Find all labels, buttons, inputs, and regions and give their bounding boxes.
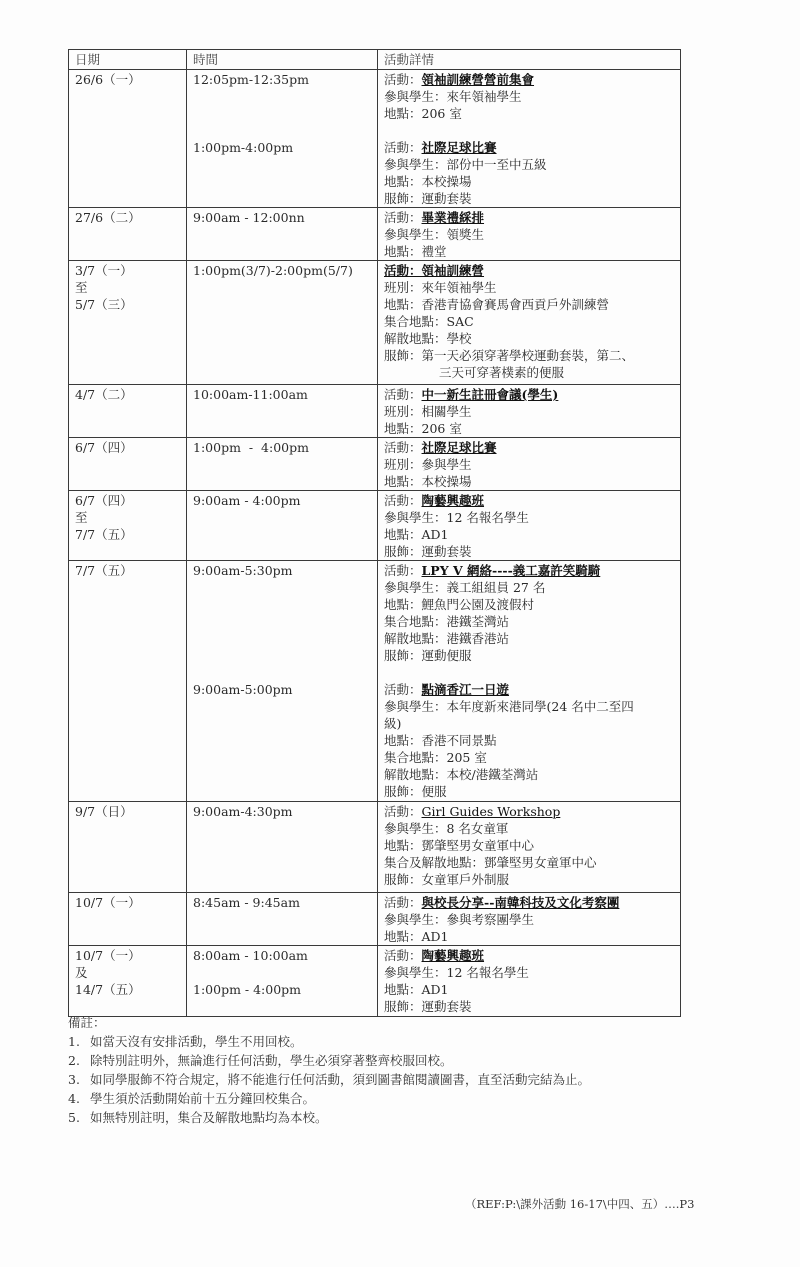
details-cell: 活動：中一新生註冊會議(學生) 班別：相關學生 地點：206 室 <box>378 385 681 438</box>
time-text: 8:00am - 10:00am <box>193 947 371 964</box>
activity-line: 活動：社際足球比賽 <box>384 139 674 156</box>
activity-line: 活動：陶藝興趣班 <box>384 947 674 964</box>
date-text: 6/7（四） <box>75 439 180 456</box>
table-row: 7/7（五） 9:00am-5:30pm 9:00am-5:00pm 活動：LP… <box>69 561 681 802</box>
details-cell: 活動：LPY V 網絡----義工嘉許笑騎騎 參與學生：義工組組員 27 名 地… <box>378 561 681 802</box>
date-cell: 6/7（四） 至 7/7（五） <box>69 491 187 561</box>
table-row: 10/7（一） 8:45am - 9:45am 活動：與校長分享--南韓科技及文… <box>69 893 681 946</box>
remarks-title: 備註： <box>68 1013 590 1032</box>
detail-line: 地點：AD1 <box>384 981 674 998</box>
remark-item: 5.如無特別註明，集合及解散地點均為本校。 <box>68 1108 590 1127</box>
detail-line: 參與學生：8 名女童軍 <box>384 820 674 837</box>
header-details: 活動詳情 <box>378 50 681 70</box>
activity-line: 活動：社際足球比賽 <box>384 439 674 456</box>
date-text: 10/7（一） <box>75 894 180 911</box>
header-date: 日期 <box>69 50 187 70</box>
activity-title: 與校長分享--南韓科技及文化考察團 <box>422 895 620 910</box>
date-text: 及 <box>75 964 180 981</box>
activity-line: 活動：點滴香江一日遊 <box>384 681 674 698</box>
details-cell: 活動：與校長分享--南韓科技及文化考察團 參與學生：參與考察團學生 地點：AD1 <box>378 893 681 946</box>
table-row: 26/6（一） 12:05pm-12:35pm 1:00pm-4:00pm 活動… <box>69 70 681 208</box>
date-text: 9/7（日） <box>75 803 180 820</box>
time-text: 9:00am-4:30pm <box>193 803 371 820</box>
date-text: 3/7（一） <box>75 262 180 279</box>
footer-reference: （REF:P:\課外活動 16-17\中四、五）….P3 <box>465 1196 694 1212</box>
detail-line: 服飾：第一天必須穿著學校運動套裝，第二、 <box>384 347 674 364</box>
date-text: 26/6（一） <box>75 71 180 88</box>
detail-line: 服飾：便服 <box>384 783 674 800</box>
date-text: 至 <box>75 509 180 526</box>
time-cell: 10:00am-11:00am <box>187 385 378 438</box>
detail-line: 參與學生：部份中一至中五級 <box>384 156 674 173</box>
time-cell: 9:00am - 4:00pm <box>187 491 378 561</box>
time-cell: 9:00am-5:30pm 9:00am-5:00pm <box>187 561 378 802</box>
detail-line: 地點：鯉魚門公園及渡假村 <box>384 596 674 613</box>
activity-line: 活動：陶藝興趣班 <box>384 492 674 509</box>
detail-line: 地點：AD1 <box>384 928 674 945</box>
remark-item: 2.除特別註明外，無論進行任何活動，學生必須穿著整齊校服回校。 <box>68 1051 590 1070</box>
date-text: 4/7（二） <box>75 386 180 403</box>
detail-line: 地點：禮堂 <box>384 243 674 260</box>
document-page: 日期 時間 活動詳情 26/6（一） 12:05pm-12:35pm 1:00p… <box>0 0 800 1267</box>
time-cell: 1:00pm(3/7)-2:00pm(5/7) <box>187 261 378 385</box>
time-text: 9:00am - 12:00nn <box>193 209 371 226</box>
time-text: 1:00pm - 4:00pm <box>193 981 371 998</box>
time-text: 12:05pm-12:35pm <box>193 71 371 88</box>
detail-line: 服飾：運動便服 <box>384 647 674 664</box>
table-row: 4/7（二） 10:00am-11:00am 活動：中一新生註冊會議(學生) 班… <box>69 385 681 438</box>
table-header-row: 日期 時間 活動詳情 <box>69 50 681 70</box>
time-text: 8:45am - 9:45am <box>193 894 371 911</box>
date-text: 7/7（五） <box>75 526 180 543</box>
detail-continuation: 三天可穿著樸素的便服 <box>384 364 674 381</box>
detail-line: 參與學生：本年度新來港同學(24 名中二至四 <box>384 698 674 715</box>
activity-title: 中一新生註冊會議(學生) <box>422 387 559 402</box>
activity-title: 畢業禮綵排 <box>422 210 485 225</box>
details-cell: 活動：Girl Guides Workshop 參與學生：8 名女童軍 地點：鄧… <box>378 802 681 893</box>
time-text: 1:00pm - 4:00pm <box>193 439 371 456</box>
date-text: 27/6（二） <box>75 209 180 226</box>
detail-line: 集合及解散地點：鄧肇堅男女童軍中心 <box>384 854 674 871</box>
date-cell: 4/7（二） <box>69 385 187 438</box>
table-row: 9/7（日） 9:00am-4:30pm 活動：Girl Guides Work… <box>69 802 681 893</box>
activity-title: 陶藝興趣班 <box>422 493 485 508</box>
detail-line: 集合地點：SAC <box>384 313 674 330</box>
time-text: 1:00pm(3/7)-2:00pm(5/7) <box>193 262 371 279</box>
table-row: 10/7（一） 及 14/7（五） 8:00am - 10:00am 1:00p… <box>69 946 681 1017</box>
time-text: 1:00pm-4:00pm <box>193 139 371 156</box>
time-cell: 1:00pm - 4:00pm <box>187 438 378 491</box>
detail-line: 地點：香港不同景點 <box>384 732 674 749</box>
detail-line: 地點：206 室 <box>384 105 674 122</box>
date-text: 7/7（五） <box>75 562 180 579</box>
detail-line: 服飾：運動套裝 <box>384 543 674 560</box>
date-text: 10/7（一） <box>75 947 180 964</box>
date-cell: 7/7（五） <box>69 561 187 802</box>
detail-line: 班別：相關學生 <box>384 403 674 420</box>
time-text: 9:00am - 4:00pm <box>193 492 371 509</box>
detail-line: 班別：參與學生 <box>384 456 674 473</box>
time-cell: 8:45am - 9:45am <box>187 893 378 946</box>
activity-schedule-table: 日期 時間 活動詳情 26/6（一） 12:05pm-12:35pm 1:00p… <box>68 49 681 1017</box>
date-cell: 27/6（二） <box>69 208 187 261</box>
activity-line: 活動：與校長分享--南韓科技及文化考察團 <box>384 894 674 911</box>
activity-title: 社際足球比賽 <box>422 140 497 155</box>
detail-line: 地點：鄧肇堅男女童軍中心 <box>384 837 674 854</box>
detail-line: 地點：香港青協會賽馬會西貢戶外訓練營 <box>384 296 674 313</box>
activity-line: 活動：中一新生註冊會議(學生) <box>384 386 674 403</box>
detail-line: 解散地點：學校 <box>384 330 674 347</box>
details-cell: 活動：領袖訓練營營前集會 參與學生：來年領袖學生 地點：206 室 活動：社際足… <box>378 70 681 208</box>
date-cell: 3/7（一） 至 5/7（三） <box>69 261 187 385</box>
activity-title: 社際足球比賽 <box>422 440 497 455</box>
activity-line: 活動：畢業禮綵排 <box>384 209 674 226</box>
remark-item: 4.學生須於活動開始前十五分鐘回校集合。 <box>68 1089 590 1108</box>
details-cell: 活動：陶藝興趣班 參與學生：12 名報名學生 地點：AD1 服飾：運動套裝 <box>378 946 681 1017</box>
detail-line: 解散地點：本校/港鐵荃灣站 <box>384 766 674 783</box>
detail-line: 班別：來年領袖學生 <box>384 279 674 296</box>
detail-line: 地點：206 室 <box>384 420 674 437</box>
detail-line: 參與學生：來年領袖學生 <box>384 88 674 105</box>
time-cell: 9:00am-4:30pm <box>187 802 378 893</box>
remark-item: 3.如同學服飾不符合規定，將不能進行任何活動，須到圖書館閱讀圖書，直至活動完結為… <box>68 1070 590 1089</box>
detail-line: 集合地點：港鐵荃灣站 <box>384 613 674 630</box>
detail-line: 參與學生：參與考察團學生 <box>384 911 674 928</box>
time-cell: 8:00am - 10:00am 1:00pm - 4:00pm <box>187 946 378 1017</box>
date-text: 5/7（三） <box>75 296 180 313</box>
time-text: 10:00am-11:00am <box>193 386 371 403</box>
activity-line: 活動：Girl Guides Workshop <box>384 803 674 820</box>
date-text: 至 <box>75 279 180 296</box>
activity-title: 陶藝興趣班 <box>422 948 485 963</box>
detail-line: 服飾：女童軍戶外制服 <box>384 871 674 888</box>
date-text: 6/7（四） <box>75 492 180 509</box>
date-text: 14/7（五） <box>75 981 180 998</box>
remarks-section: 備註： 1.如當天沒有安排活動，學生不用回校。 2.除特別註明外，無論進行任何活… <box>68 1013 590 1127</box>
date-cell: 6/7（四） <box>69 438 187 491</box>
table-row: 3/7（一） 至 5/7（三） 1:00pm(3/7)-2:00pm(5/7) … <box>69 261 681 385</box>
activity-title: 領袖訓練營營前集會 <box>422 72 535 87</box>
details-cell: 活動：陶藝興趣班 參與學生：12 名報名學生 地點：AD1 服飾：運動套裝 <box>378 491 681 561</box>
details-cell: 活動：畢業禮綵排 參與學生：領獎生 地點：禮堂 <box>378 208 681 261</box>
detail-line: 地點：AD1 <box>384 526 674 543</box>
detail-line: 集合地點：205 室 <box>384 749 674 766</box>
time-text: 9:00am-5:30pm <box>193 562 371 579</box>
details-cell: 活動：領袖訓練營 班別：來年領袖學生 地點：香港青協會賽馬會西貢戶外訓練營 集合… <box>378 261 681 385</box>
activity-title: 領袖訓練營 <box>422 263 485 278</box>
activity-title: Girl Guides Workshop <box>422 804 561 819</box>
time-cell: 9:00am - 12:00nn <box>187 208 378 261</box>
table-row: 27/6（二） 9:00am - 12:00nn 活動：畢業禮綵排 參與學生：領… <box>69 208 681 261</box>
activity-line: 活動：領袖訓練營 <box>384 262 674 279</box>
activity-title: 點滴香江一日遊 <box>422 682 510 697</box>
time-cell: 12:05pm-12:35pm 1:00pm-4:00pm <box>187 70 378 208</box>
time-text: 9:00am-5:00pm <box>193 681 371 698</box>
activity-line: 活動：領袖訓練營營前集會 <box>384 71 674 88</box>
detail-line: 地點：本校操場 <box>384 173 674 190</box>
detail-line: 參與學生：12 名報名學生 <box>384 509 674 526</box>
detail-line: 服飾：運動套裝 <box>384 190 674 207</box>
remark-item: 1.如當天沒有安排活動，學生不用回校。 <box>68 1032 590 1051</box>
detail-line: 參與學生：領獎生 <box>384 226 674 243</box>
date-cell: 26/6（一） <box>69 70 187 208</box>
header-time: 時間 <box>187 50 378 70</box>
activity-line: 活動：LPY V 網絡----義工嘉許笑騎騎 <box>384 562 674 579</box>
detail-line: 地點：本校操場 <box>384 473 674 490</box>
detail-line: 參與學生：12 名報名學生 <box>384 964 674 981</box>
details-cell: 活動：社際足球比賽 班別：參與學生 地點：本校操場 <box>378 438 681 491</box>
activity-title: LPY V 網絡----義工嘉許笑騎騎 <box>422 563 601 578</box>
date-cell: 10/7（一） 及 14/7（五） <box>69 946 187 1017</box>
detail-line: 級) <box>384 715 674 732</box>
date-cell: 10/7（一） <box>69 893 187 946</box>
detail-line: 解散地點：港鐵香港站 <box>384 630 674 647</box>
time-text <box>193 964 371 981</box>
table-row: 6/7（四） 1:00pm - 4:00pm 活動：社際足球比賽 班別：參與學生… <box>69 438 681 491</box>
date-cell: 9/7（日） <box>69 802 187 893</box>
table-row: 6/7（四） 至 7/7（五） 9:00am - 4:00pm 活動：陶藝興趣班… <box>69 491 681 561</box>
detail-line: 參與學生：義工組組員 27 名 <box>384 579 674 596</box>
